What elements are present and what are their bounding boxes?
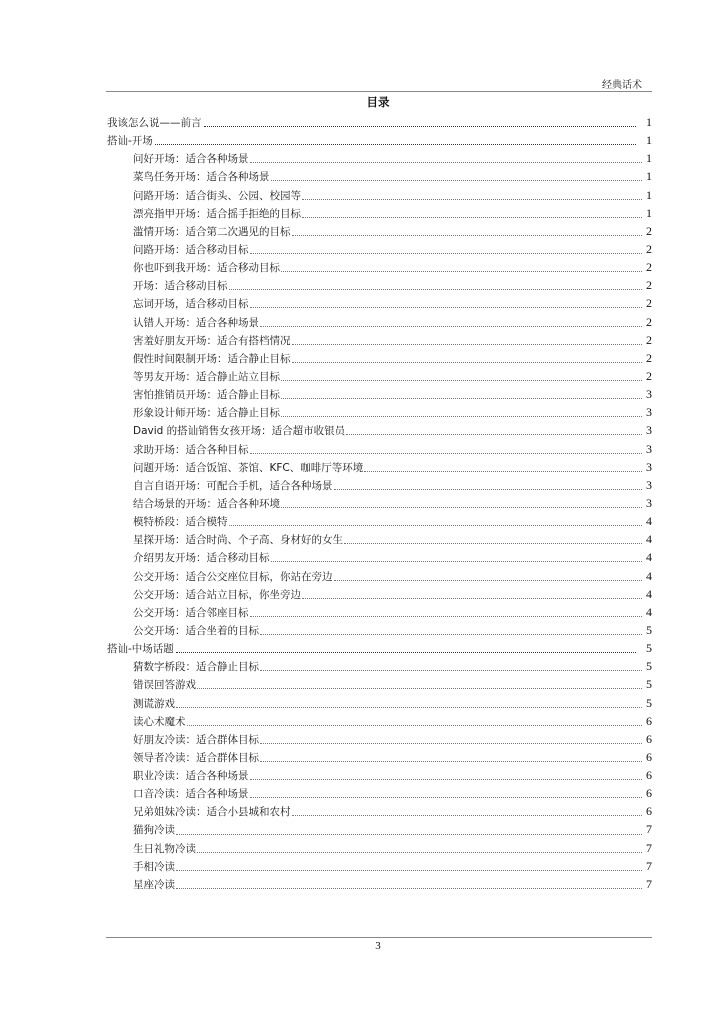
toc-entry-page-number: 7 [644,857,652,875]
toc-entry-page-number: 1 [644,167,652,185]
dot-leader [260,325,642,327]
toc-entry-page-number: 4 [644,548,652,566]
dot-leader [292,361,643,363]
toc-entry-page-number: 6 [644,766,652,784]
toc-subentry[interactable]: 读心术魔术6 [107,712,652,730]
toc-subentry[interactable]: 手相冷读7 [107,857,652,875]
dot-leader [281,270,642,272]
footer-page-number: 3 [0,940,710,952]
toc-section-entry[interactable]: 搭讪-中场话题5 [107,639,652,657]
toc-subentry[interactable]: 害羞好朋友开场：适合有搭档情况2 [107,331,652,349]
toc-subentry[interactable]: 害怕推销员开场：适合静止目标3 [107,385,652,403]
toc-subentry[interactable]: 问路开场：适合移动目标2 [107,240,652,258]
toc-entry-label: 星探开场：适合时尚、个子高、身材好的女生 [133,531,343,549]
dot-leader [292,343,643,345]
toc-subentry[interactable]: 星探开场：适合时尚、个子高、身材好的女生4 [107,530,652,548]
toc-entry-page-number: 7 [644,875,652,893]
toc-subentry[interactable]: 好朋友冷读：适合群体目标6 [107,730,652,748]
toc-entry-page-number: 5 [644,675,652,693]
toc-subentry[interactable]: 漂亮指甲开场：适合摇手拒绝的目标1 [107,204,652,222]
toc-subentry[interactable]: 结合场景的开场：适合各种环境3 [107,494,652,512]
toc-entry-label: 搭讪-中场话题 [107,640,174,658]
toc-subentry[interactable]: 认错人开场：适合各种场景2 [107,313,652,331]
toc-entry-label: 介绍男友开场：适合移动目标 [133,549,270,567]
toc-subentry[interactable]: 公交开场：适合站立目标，你坐旁边4 [107,585,652,603]
toc-subentry[interactable]: 等男友开场：适合静止站立目标2 [107,367,652,385]
toc-subentry[interactable]: 问好开场：适合各种场景1 [107,149,652,167]
toc-subentry[interactable]: 领导者冷读：适合群体目标6 [107,748,652,766]
toc-subentry[interactable]: 介绍男友开场：适合移动目标4 [107,548,652,566]
toc-subentry[interactable]: 生日礼物冷读7 [107,839,652,857]
toc-title: 目录 [0,94,710,110]
toc-entry-page-number: 4 [644,603,652,621]
dot-leader [260,669,642,671]
toc-entry-page-number: 3 [644,421,652,439]
toc-entry-label: 生日礼物冷读 [133,840,196,858]
running-header: 经典话术 [602,76,642,91]
toc-entry-page-number: 7 [644,839,652,857]
dot-leader [229,288,643,290]
toc-entry-label: 公交开场：适合站立目标，你坐旁边 [133,586,301,604]
dot-leader [250,306,643,308]
toc-entry-page-number: 6 [644,748,652,766]
toc-entry-label: 你也吓到我开场：适合移动目标 [133,259,280,277]
toc-entry-label: 搭讪-开场 [107,132,153,150]
toc-subentry[interactable]: 公交开场：适合坐着的目标5 [107,621,652,639]
toc-entry-label: 问好开场：适合各种场景 [133,150,249,168]
dot-leader [364,470,642,472]
toc-subentry[interactable]: David 的搭讪销售女孩开场：适合超市收银员3 [107,421,652,439]
toc-entry-page-number: 2 [644,276,652,294]
toc-entry-label: 问路开场：适合街头、公园、校园等 [133,187,301,205]
toc-subentry[interactable]: 测谎游戏5 [107,694,652,712]
toc-subentry[interactable]: 职业冷读：适合各种场景6 [107,766,652,784]
toc-entry-label: 忘词开场，适合移动目标 [133,295,249,313]
dot-leader [176,706,642,708]
toc-entry-page-number: 3 [644,385,652,403]
toc-entry-label: David 的搭讪销售女孩开场：适合超市收银员 [133,422,345,440]
toc-entry-label: 领导者冷读：适合群体目标 [133,749,259,767]
toc-entry-page-number: 6 [644,730,652,748]
toc-subentry[interactable]: 猜数字桥段：适合静止目标5 [107,657,652,675]
toc-subentry[interactable]: 星座冷读7 [107,875,652,893]
toc-entry-page-number: 1 [644,131,652,149]
toc-subentry[interactable]: 口音冷读：适合各种场景6 [107,784,652,802]
toc-subentry[interactable]: 你也吓到我开场：适合移动目标2 [107,258,652,276]
toc-entry-label: 问路开场：适合移动目标 [133,241,249,259]
toc-entry-label: 问题开场：适合饭馆、茶馆、KFC、咖啡厅等环境 [133,459,363,477]
toc-subentry[interactable]: 菜鸟任务开场：适合各种场景1 [107,167,652,185]
toc-entry-page-number: 2 [644,240,652,258]
toc-entry-page-number: 2 [644,222,652,240]
dot-leader [250,252,643,254]
dot-leader [260,760,642,762]
toc-entry-page-number: 1 [644,186,652,204]
toc-entry-label: 认错人开场：适合各种场景 [133,314,259,332]
toc-entry-label: 猫狗冷读 [133,821,175,839]
toc-entry-label: 口音冷读：适合各种场景 [133,785,249,803]
toc-entry-page-number: 2 [644,367,652,385]
toc-entry-label: 手相冷读 [133,858,175,876]
toc-entry-label: 星座冷读 [133,876,175,894]
toc-subentry[interactable]: 自言自语开场：可配合手机，适合各种场景3 [107,476,652,494]
toc-entry-label: 职业冷读：适合各种场景 [133,767,249,785]
dot-leader [292,234,643,236]
toc-entry-page-number: 5 [644,639,652,657]
toc-entry-page-number: 2 [644,331,652,349]
toc-subentry[interactable]: 问题开场：适合饭馆、茶馆、KFC、咖啡厅等环境3 [107,458,652,476]
toc-entry-label: 害怕推销员开场：适合静止目标 [133,386,280,404]
toc-entry-label: 好朋友冷读：适合群体目标 [133,731,259,749]
toc-entry-label: 兄弟姐妹冷读：适合小县城和农村 [133,803,291,821]
toc-entry-page-number: 4 [644,530,652,548]
dot-leader [292,814,643,816]
toc-entry-label: 等男友开场：适合静止站立目标 [133,368,280,386]
toc-subentry[interactable]: 兄弟姐妹冷读：适合小县城和农村6 [107,802,652,820]
toc-subentry[interactable]: 猫狗冷读7 [107,820,652,838]
toc-subentry[interactable]: 问路开场：适合街头、公园、校园等1 [107,186,652,204]
dot-leader [281,397,642,399]
dot-leader [260,633,642,635]
dot-leader [346,433,642,435]
dot-leader [260,742,642,744]
toc-subentry[interactable]: 忘词开场，适合移动目标2 [107,294,652,312]
dot-leader [334,488,643,490]
toc-entry-label: 结合场景的开场：适合各种环境 [133,495,280,513]
dot-leader [281,415,642,417]
footer-divider [106,937,652,938]
toc-entry-label: 假性时间限制开场：适合静止目标 [133,350,291,368]
toc-entry-page-number: 5 [644,621,652,639]
dot-leader [197,687,642,689]
toc-entry-label: 自言自语开场：可配合手机，适合各种场景 [133,477,333,495]
toc-entry-page-number: 6 [644,802,652,820]
dot-leader [155,143,636,145]
dot-leader [271,560,643,562]
toc-entry-page-number: 2 [644,349,652,367]
toc-entry-label: 我该怎么说——前言 [107,114,202,132]
toc-entry-page-number: 3 [644,476,652,494]
dot-leader [187,724,643,726]
header-divider [106,91,652,92]
toc-entry-label: 害羞好朋友开场：适合有搭档情况 [133,332,291,350]
toc-entry-page-number: 4 [644,567,652,585]
dot-leader [281,379,642,381]
toc-entry-page-number: 1 [644,149,652,167]
toc-entry-page-number: 5 [644,657,652,675]
dot-leader [176,833,642,835]
table-of-contents: 我该怎么说——前言1搭讪-开场1问好开场：适合各种场景1菜鸟任务开场：适合各种场… [107,113,652,893]
toc-entry-page-number: 2 [644,313,652,331]
toc-entry-page-number: 7 [644,820,652,838]
dot-leader [281,506,642,508]
dot-leader [204,125,637,127]
dot-leader [334,579,643,581]
toc-entry-label: 漂亮指甲开场：适合摇手拒绝的目标 [133,205,301,223]
toc-entry-page-number: 1 [644,113,652,131]
toc-subentry[interactable]: 公交开场：适合公交座位目标，你站在旁边4 [107,567,652,585]
toc-section-entry[interactable]: 我该怎么说——前言1 [107,113,652,131]
toc-entry-label: 测谎游戏 [133,695,175,713]
toc-entry-label: 猜数字桥段：适合静止目标 [133,658,259,676]
dot-leader [250,796,643,798]
document-page: 经典话术 目录 我该怎么说——前言1搭讪-开场1问好开场：适合各种场景1菜鸟任务… [0,0,710,1016]
toc-entry-label: 菜鸟任务开场：适合各种场景 [133,168,270,186]
toc-entry-label: 开场：适合移动目标 [133,277,228,295]
toc-entry-label: 公交开场：适合公交座位目标，你站在旁边 [133,568,333,586]
toc-entry-page-number: 1 [644,204,652,222]
dot-leader [176,651,636,653]
toc-entry-page-number: 3 [644,403,652,421]
toc-subentry[interactable]: 假性时间限制开场：适合静止目标2 [107,349,652,367]
toc-subentry[interactable]: 公交开场：适合邻座目标4 [107,603,652,621]
toc-entry-page-number: 4 [644,512,652,530]
toc-entry-page-number: 6 [644,712,652,730]
toc-entry-label: 读心术魔术 [133,713,186,731]
dot-leader [250,778,643,780]
toc-entry-label: 形象设计师开场：适合静止目标 [133,404,280,422]
toc-entry-page-number: 2 [644,258,652,276]
toc-entry-label: 模特桥段：适合模特 [133,513,228,531]
toc-subentry[interactable]: 开场：适合移动目标2 [107,276,652,294]
dot-leader [197,851,642,853]
toc-entry-page-number: 3 [644,494,652,512]
toc-entry-page-number: 5 [644,694,652,712]
dot-leader [250,615,643,617]
toc-subentry[interactable]: 滥情开场：适合第二次遇见的目标2 [107,222,652,240]
dot-leader [302,597,642,599]
dot-leader [344,542,642,544]
toc-entry-page-number: 6 [644,784,652,802]
toc-entry-page-number: 4 [644,585,652,603]
toc-subentry[interactable]: 求助开场：适合各种目标3 [107,440,652,458]
toc-entry-label: 公交开场：适合坐着的目标 [133,622,259,640]
toc-entry-label: 公交开场：适合邻座目标 [133,604,249,622]
toc-entry-label: 滥情开场：适合第二次遇见的目标 [133,223,291,241]
toc-entry-page-number: 3 [644,440,652,458]
toc-entry-label: 求助开场：适合各种目标 [133,441,249,459]
toc-section-entry[interactable]: 搭讪-开场1 [107,131,652,149]
dot-leader [176,887,642,889]
dot-leader [176,869,642,871]
dot-leader [302,198,642,200]
toc-subentry[interactable]: 模特桥段：适合模特4 [107,512,652,530]
dot-leader [250,161,643,163]
dot-leader [302,216,642,218]
toc-entry-page-number: 2 [644,294,652,312]
toc-subentry[interactable]: 错误回答游戏5 [107,675,652,693]
toc-entry-label: 错误回答游戏 [133,676,196,694]
dot-leader [250,452,643,454]
toc-entry-page-number: 3 [644,458,652,476]
toc-subentry[interactable]: 形象设计师开场：适合静止目标3 [107,403,652,421]
dot-leader [271,179,643,181]
dot-leader [229,524,643,526]
